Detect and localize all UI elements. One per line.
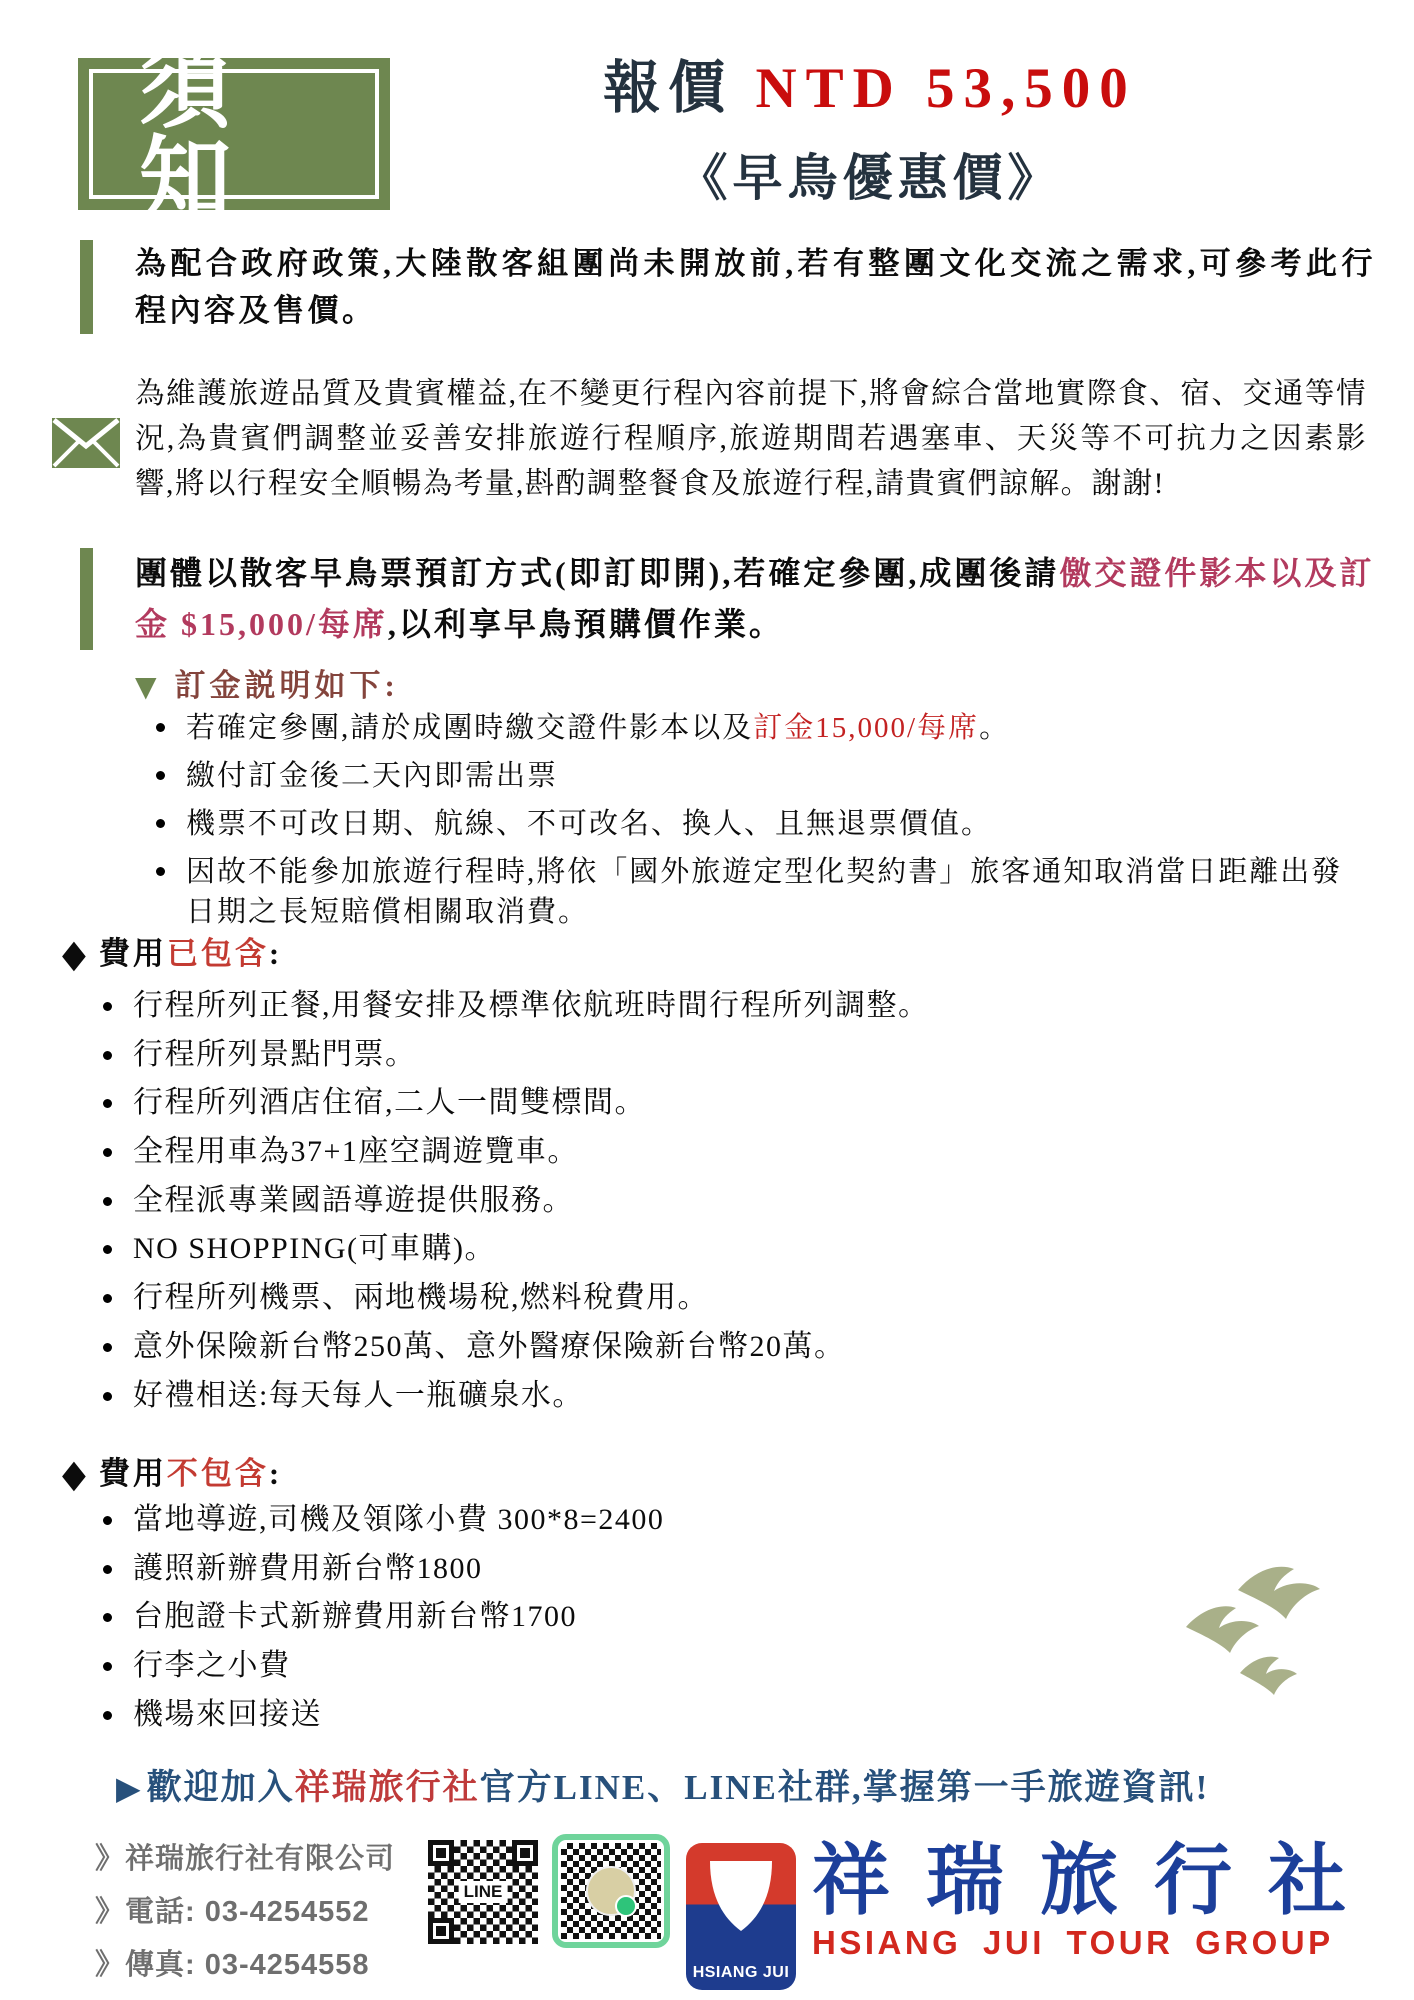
- qr-pattern: [561, 1843, 661, 1939]
- included-list: 行程所列正餐,用餐安排及標準依航班時間行程所列調整。 行程所列景點門票。 行程所…: [95, 986, 1355, 1424]
- booking-notice-text: 團體以散客早鳥票預訂方式(即訂即開),若確定參團,成團後請儌交證件影本以及訂金 …: [135, 548, 1380, 650]
- quality-notice-text: 為維護旅遊品質及貴賓權益,在不變更行程內容前提下,將會綜合當地實際食、宿、交通等…: [135, 372, 1367, 506]
- excluded-label-post: :: [269, 1456, 282, 1491]
- included-label-post: :: [269, 936, 282, 971]
- excluded-label-highlight: 不包含: [167, 1456, 269, 1491]
- notice-badge-label: 須知: [93, 42, 375, 226]
- diamond-icon: ◆: [62, 932, 89, 977]
- list-item: 全程派專業國語導遊提供服務。: [95, 1181, 1355, 1221]
- early-bird-subtitle: 《早鳥優惠價》: [390, 138, 1350, 210]
- list-item: 全程用車為37+1座空調遊覽車。: [95, 1132, 1355, 1172]
- deposit-section-heading: ▼訂金説明如下:: [135, 660, 399, 705]
- list-item: 行李之小費: [95, 1646, 1355, 1686]
- diamond-icon: ◆: [62, 1452, 89, 1497]
- list-item: 機場來回接送: [95, 1695, 1355, 1735]
- phone-number: 》電話: 03-4254552: [95, 1889, 395, 1930]
- logo-english-name: HSIANG JUI TOUR GROUP: [812, 1924, 1392, 1962]
- play-icon: ▶: [116, 1769, 143, 1807]
- deposit-item1-post: 。: [979, 712, 1010, 744]
- policy-notice-text: 為配合政府政策,大陸散客組團尚未開放前,若有整團文化交流之需求,可參考此行程內容…: [135, 240, 1376, 334]
- deposit-title: 訂金説明如下:: [175, 668, 399, 703]
- line-group-qr-code: [552, 1834, 670, 1948]
- line-qr-label: LINE: [459, 1881, 508, 1903]
- booking-pre: 團體以散客早鳥票預訂方式(即訂即開),若確定參團,成團後請: [135, 555, 1059, 591]
- price-heading: 報價 NTD 53,500: [390, 42, 1350, 124]
- flyer-page: 須知 報價 NTD 53,500 《早鳥優惠價》 為配合政府政策,大陸散客組團尚…: [0, 0, 1414, 2000]
- list-item: 行程所列正餐,用餐安排及標準依航班時間行程所列調整。: [95, 986, 1355, 1026]
- envelope-icon: [52, 418, 120, 473]
- list-item: 好禮相送:每天每人一瓶礦泉水。: [95, 1376, 1355, 1416]
- excluded-section-heading: ◆費用不包含:: [62, 1448, 282, 1493]
- contact-block: 》祥瑞旅行社有限公司 》電話: 03-4254552 》傳真: 03-42545…: [95, 1836, 395, 1995]
- green-bar: [80, 548, 93, 650]
- company-logo-text: 祥瑞旅行社 HSIANG JUI TOUR GROUP: [812, 1838, 1392, 1962]
- list-item: 護照新辦費用新台幣1800: [95, 1549, 1355, 1589]
- deposit-list: 若確定參團,請於成團時繳交證件影本以及訂金15,000/每席。 繳付訂金後二天內…: [150, 708, 1365, 940]
- logo-badge-label: HSIANG JUI: [686, 1964, 796, 1982]
- list-item: 因故不能參加旅遊行程時,將依「國外旅遊定型化契約書」旅客通知取消當日距離出發日期…: [150, 852, 1365, 932]
- line-banner: ▶歡迎加入祥瑞旅行社官方LINE、LINE社群,掌握第一手旅遊資訊!: [116, 1760, 1209, 1810]
- list-item: NO SHOPPING(可車購)。: [95, 1229, 1355, 1269]
- notice-badge: 須知: [78, 58, 390, 210]
- fax-number: 》傳真: 03-4254558: [95, 1942, 395, 1983]
- banner-post: 官方LINE、LINE社群,掌握第一手旅遊資訊!: [480, 1768, 1210, 1807]
- notice-badge-border: 須知: [89, 69, 379, 199]
- included-section-heading: ◆費用已包含:: [62, 928, 282, 973]
- list-item: 意外保險新台幣250萬、意外醫療保險新台幣20萬。: [95, 1327, 1355, 1367]
- list-item: 機票不可改日期、航線、不可改名、換人、且無退票價值。: [150, 804, 1365, 844]
- birds-graphic: [1178, 1545, 1358, 1720]
- list-item: 行程所列景點門票。: [95, 1035, 1355, 1075]
- banner-brand: 祥瑞旅行社: [295, 1768, 480, 1807]
- deposit-item1-pre: 若確定參團,請於成團時繳交證件影本以及: [186, 712, 753, 744]
- quote-label: 報價: [603, 57, 755, 120]
- green-bar: [80, 240, 93, 334]
- list-item: 繳付訂金後二天內即需出票: [150, 756, 1365, 796]
- company-name: 》祥瑞旅行社有限公司: [95, 1836, 395, 1877]
- booking-post: ,以利享早鳥預購價作業。: [388, 606, 784, 642]
- list-item: 行程所列機票、兩地機場稅,燃料稅費用。: [95, 1278, 1355, 1318]
- excluded-list: 當地導遊,司機及領隊小費 300*8=2400 護照新辦費用新台幣1800 台胞…: [95, 1500, 1355, 1743]
- price-value: NTD 53,500: [755, 57, 1136, 120]
- policy-notice: 為配合政府政策,大陸散客組團尚未開放前,若有整團文化交流之需求,可參考此行程內容…: [80, 240, 1376, 334]
- qr-finder: [428, 1840, 454, 1866]
- booking-notice: 團體以散客早鳥票預訂方式(即訂即開),若確定參團,成團後請儌交證件影本以及訂金 …: [80, 548, 1380, 650]
- triangle-down-icon: ▼: [135, 670, 161, 703]
- qr-avatar: [586, 1866, 636, 1916]
- company-logo-badge: HSIANG JUI: [686, 1843, 796, 1990]
- list-item: 當地導遊,司機及領隊小費 300*8=2400: [95, 1500, 1355, 1540]
- logo-chinese-name: 祥瑞旅行社: [812, 1838, 1392, 1924]
- list-item: 行程所列酒店住宿,二人一間雙標間。: [95, 1083, 1355, 1123]
- qr-finder: [512, 1840, 538, 1866]
- list-item: 若確定參團,請於成團時繳交證件影本以及訂金15,000/每席。: [150, 708, 1365, 748]
- deposit-item1-highlight: 訂金15,000/每席: [753, 712, 979, 744]
- included-label-highlight: 已包含: [167, 936, 269, 971]
- banner-pre: 歡迎加入: [147, 1768, 295, 1807]
- included-label-pre: 費用: [99, 936, 167, 971]
- list-item: 台胞證卡式新辦費用新台幣1700: [95, 1597, 1355, 1637]
- excluded-label-pre: 費用: [99, 1456, 167, 1491]
- qr-finder: [428, 1918, 454, 1944]
- line-qr-code: LINE: [428, 1840, 538, 1944]
- header-titles: 報價 NTD 53,500 《早鳥優惠價》: [390, 42, 1350, 210]
